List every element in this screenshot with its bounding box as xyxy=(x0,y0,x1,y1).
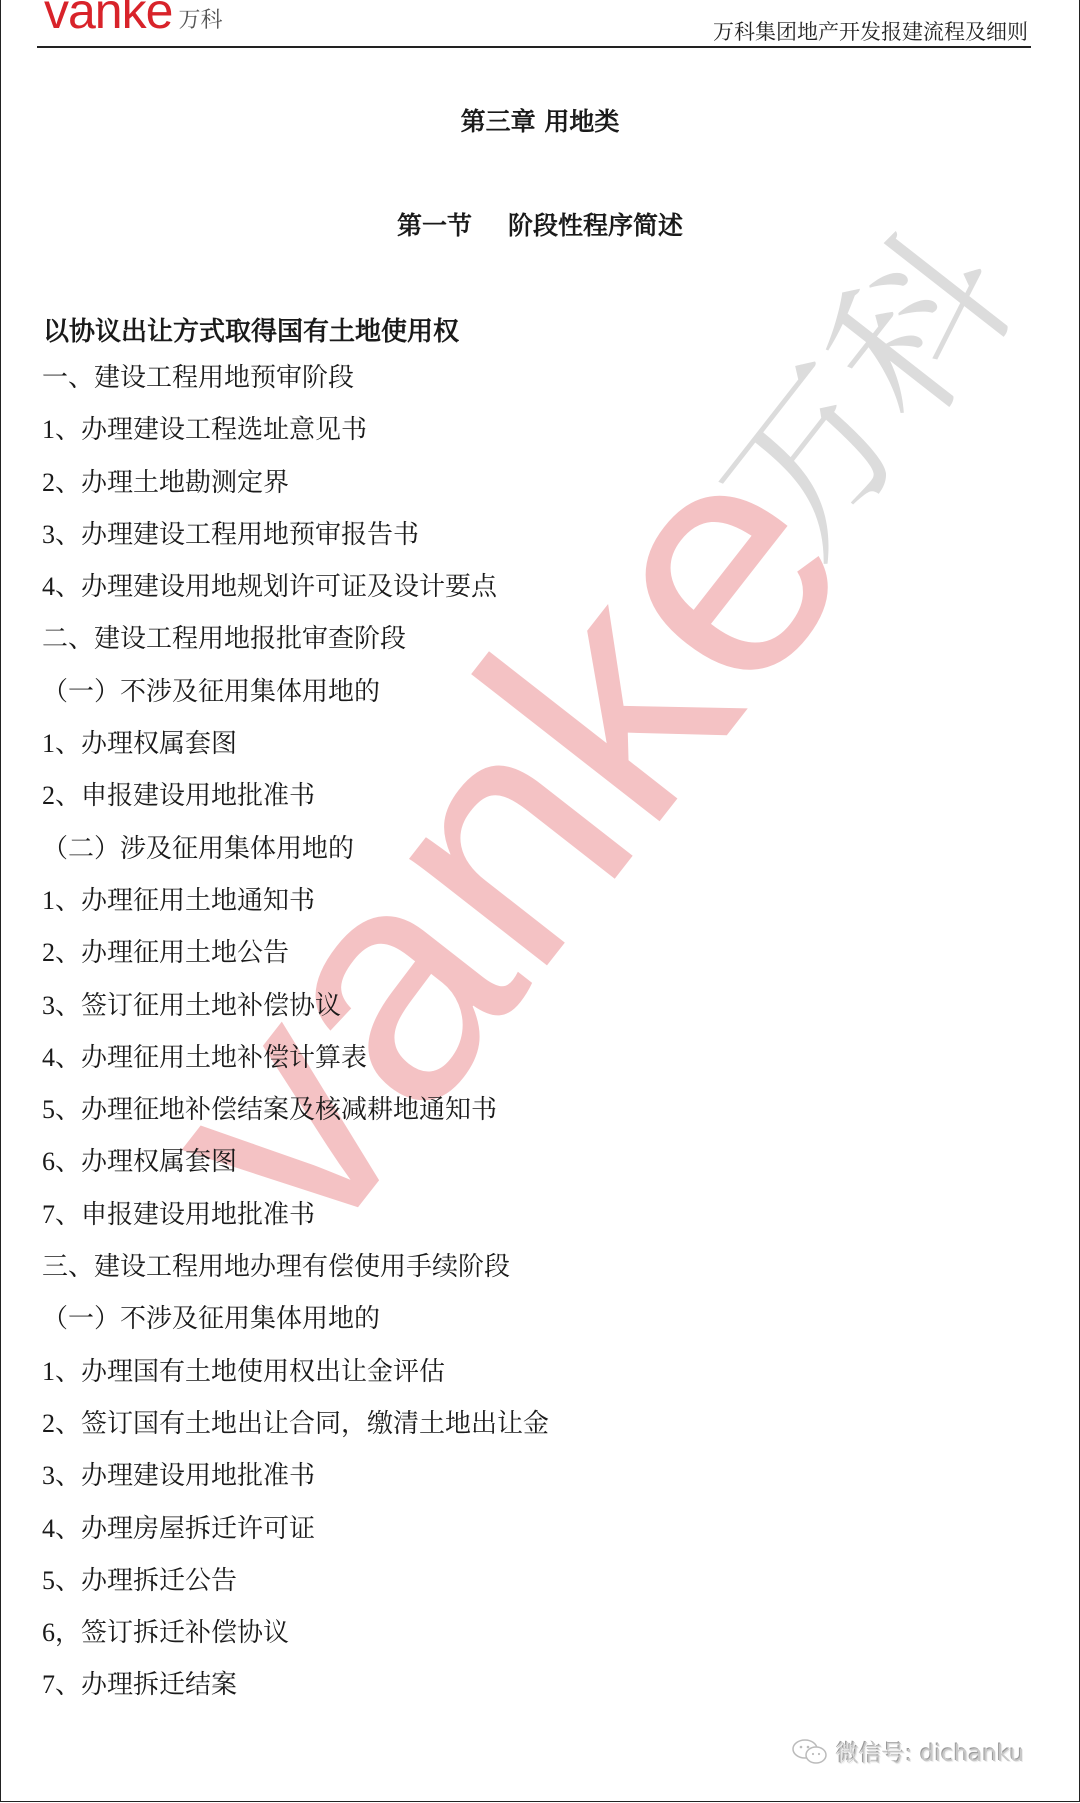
list-item: 2、办理征用土地公告 xyxy=(42,937,549,989)
list-item: 3、办理建设用地批准书 xyxy=(42,1460,549,1512)
vanke-logo: vanke 万科 xyxy=(44,0,222,36)
list-item: （二）涉及征用集体用地的 xyxy=(42,833,549,885)
wechat-watermark: 微信号: dichanku xyxy=(790,1735,1024,1768)
list-item: 6、办理权属套图 xyxy=(42,1146,549,1198)
list-item: 7、申报建设用地批准书 xyxy=(42,1199,549,1251)
list-item: 1、办理建设工程选址意见书 xyxy=(42,414,549,466)
list-item: 1、办理权属套图 xyxy=(42,728,549,780)
list-item: 6，签订拆迁补偿协议 xyxy=(42,1617,549,1669)
content-heading: 以协议出让方式取得国有土地使用权 xyxy=(43,311,459,348)
list-item: 4、办理建设用地规划许可证及设计要点 xyxy=(42,571,549,623)
list-item: 1、办理征用土地通知书 xyxy=(42,885,549,937)
wechat-icon xyxy=(790,1738,830,1766)
section-name: 阶段性程序简述 xyxy=(508,211,683,240)
procedure-list: 一、建设工程用地预审阶段 1、办理建设工程选址意见书 2、办理土地勘测定界 3、… xyxy=(42,362,549,1722)
header-divider xyxy=(37,46,1031,48)
list-item: 一、建设工程用地预审阶段 xyxy=(42,362,549,414)
logo-cn-text: 万科 xyxy=(178,3,222,34)
logo-text: vanke xyxy=(44,0,172,36)
list-item: （一）不涉及征用集体用地的 xyxy=(42,676,549,728)
list-item: 2、办理土地勘测定界 xyxy=(42,467,549,519)
list-item: （一）不涉及征用集体用地的 xyxy=(42,1303,549,1355)
chapter-title: 第三章 用地类 xyxy=(0,102,1080,138)
section-title: 第一节阶段性程序简述 xyxy=(0,206,1080,242)
list-item: 7、办理拆迁结案 xyxy=(42,1669,549,1721)
list-item: 2、申报建设用地批准书 xyxy=(42,780,549,832)
list-item: 4、办理征用土地补偿计算表 xyxy=(42,1042,549,1094)
wechat-label: 微信号: dichanku xyxy=(836,1735,1024,1768)
list-item: 4、办理房屋拆迁许可证 xyxy=(42,1513,549,1565)
list-item: 3、签订征用土地补偿协议 xyxy=(42,990,549,1042)
list-item: 3、办理建设工程用地预审报告书 xyxy=(42,519,549,571)
list-item: 5、办理征地补偿结案及核减耕地通知书 xyxy=(42,1094,549,1146)
list-item: 三、建设工程用地办理有偿使用手续阶段 xyxy=(42,1251,549,1303)
list-item: 2、签订国有土地出让合同，缴清土地出让金 xyxy=(42,1408,549,1460)
list-item: 5、办理拆迁公告 xyxy=(42,1565,549,1617)
list-item: 1、办理国有土地使用权出让金评估 xyxy=(42,1356,549,1408)
list-item: 二、建设工程用地报批审查阶段 xyxy=(42,623,549,675)
section-label: 第一节 xyxy=(397,211,472,240)
document-title: 万科集团地产开发报建流程及细则 xyxy=(713,16,1028,46)
